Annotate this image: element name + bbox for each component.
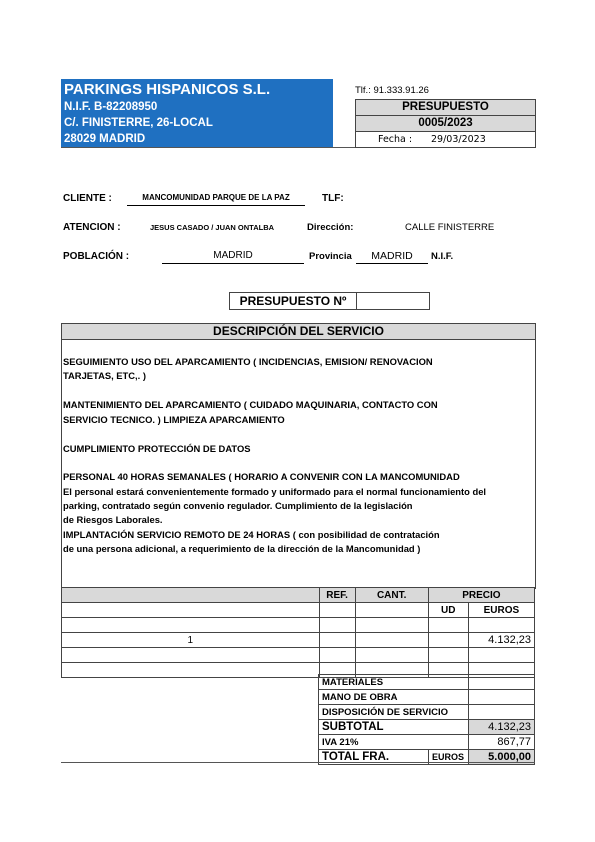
description-line: CUMPLIMIENTO PROTECCIÓN DE DATOS xyxy=(63,442,251,456)
footer-divider xyxy=(61,762,535,763)
items-table: REF. CANT. PRECIO UD EUROS 1 4.132,23 xyxy=(61,587,535,678)
materiales-row: MATERIALES xyxy=(319,675,535,690)
totals-table: MATERIALES MANO DE OBRA DISPOSICIÓN DE S… xyxy=(318,674,535,765)
poblacion-value: MADRID xyxy=(162,250,304,264)
mano-obra-value xyxy=(468,690,535,705)
direccion-value: CALLE FINISTERRE xyxy=(405,222,494,233)
description-line: El personal estará convenientemente form… xyxy=(63,485,486,499)
company-phone: Tlf.: 91.333.91.26 xyxy=(355,85,429,96)
table-row: 1 4.132,23 xyxy=(62,633,535,648)
atencion-value: JESUS CASADO / JUAN ONTALBA xyxy=(150,223,274,232)
doc-number: 0005/2023 xyxy=(356,116,535,132)
table-row xyxy=(62,618,535,633)
cant-header: CANT. xyxy=(355,588,428,603)
provincia-value: MADRID xyxy=(356,250,428,264)
description-line: MANTENIMIENTO DEL APARCAMIENTO ( CUIDADO… xyxy=(63,398,438,412)
company-city: 28029 MADRID xyxy=(64,133,145,145)
table-row xyxy=(62,648,535,663)
euros-header: EUROS xyxy=(468,603,534,618)
cliente-value: MANCOMUNIDAD PARQUE DE LA PAZ xyxy=(127,193,305,206)
description-line: parking, contratado según convenio regul… xyxy=(63,499,413,513)
description-line: de Riesgos Laborales. xyxy=(63,513,163,527)
items-subheader-row: UD EUROS xyxy=(62,603,535,618)
items-header-row: REF. CANT. PRECIO xyxy=(62,588,535,603)
company-header: PARKINGS HISPANICOS S.L. N.I.F. B-822089… xyxy=(61,79,333,147)
description-line: IMPLANTACIÓN SERVICIO REMOTO DE 24 HORAS… xyxy=(63,528,440,542)
presupuesto-number-label: PRESUPUESTO Nº xyxy=(230,293,357,309)
description-line: PERSONAL 40 HORAS SEMANALES ( HORARIO A … xyxy=(63,470,460,484)
doc-date-row: Fecha : 29/03/2023 xyxy=(356,132,535,147)
subtotal-value: 4.132,23 xyxy=(468,720,535,735)
description-section: DESCRIPCIÓN DEL SERVICIO SEGUIMIENTO USO… xyxy=(61,323,536,589)
provincia-label: Provincia xyxy=(309,251,352,262)
presupuesto-number-box: PRESUPUESTO Nº xyxy=(229,292,430,310)
mano-obra-row: MANO DE OBRA xyxy=(319,690,535,705)
ud-header: UD xyxy=(428,603,468,618)
materiales-value xyxy=(468,675,535,690)
date-label: Fecha : xyxy=(378,132,412,147)
iva-row: IVA 21% 867,77 xyxy=(319,735,535,750)
nif-label: N.I.F. xyxy=(431,251,453,262)
doc-title: PRESUPUESTO xyxy=(356,100,535,116)
mano-obra-label: MANO DE OBRA xyxy=(319,690,469,705)
subtotal-label: SUBTOTAL xyxy=(319,720,469,735)
iva-label: IVA 21% xyxy=(319,735,469,750)
document-info-box: PRESUPUESTO 0005/2023 Fecha : 29/03/2023 xyxy=(355,99,536,148)
direccion-label: Dirección: xyxy=(307,222,353,233)
poblacion-label: POBLACIÓN : xyxy=(63,251,129,262)
subtotal-row: SUBTOTAL 4.132,23 xyxy=(319,720,535,735)
company-nif: N.I.F. B-82208950 xyxy=(64,101,157,113)
description-line: de una persona adicional, a requerimient… xyxy=(63,542,420,556)
disposicion-value xyxy=(468,705,535,720)
description-header: DESCRIPCIÓN DEL SERVICIO xyxy=(62,324,535,340)
atencion-label: ATENCION : xyxy=(63,222,121,233)
description-line: SEGUIMIENTO USO DEL APARCAMIENTO ( INCID… xyxy=(63,355,433,369)
date-value: 29/03/2023 xyxy=(431,132,486,147)
company-name: PARKINGS HISPANICOS S.L. xyxy=(64,81,270,98)
cliente-label: CLIENTE : xyxy=(63,193,112,204)
disposicion-label: DISPOSICIÓN DE SERVICIO xyxy=(319,705,469,720)
disposicion-row: DISPOSICIÓN DE SERVICIO xyxy=(319,705,535,720)
iva-value: 867,77 xyxy=(468,735,535,750)
company-address: C/. FINISTERRE, 26-LOCAL xyxy=(64,117,213,129)
precio-header: PRECIO xyxy=(428,588,534,603)
ref-header: REF. xyxy=(319,588,355,603)
desc-header xyxy=(62,588,320,603)
description-line: TARJETAS, ETC,. ) xyxy=(63,369,146,383)
materiales-label: MATERIALES xyxy=(319,675,469,690)
tlf-label: TLF: xyxy=(322,193,344,204)
description-line: SERVICIO TECNICO. ) LIMPIEZA APARCAMIENT… xyxy=(63,413,285,427)
